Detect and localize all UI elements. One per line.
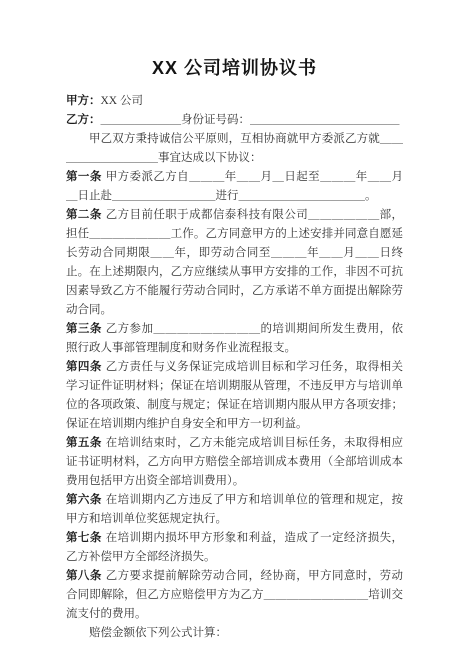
clause-3-label: 第三条 bbox=[66, 323, 102, 335]
clause-1: 第一条甲方委派乙方自＿＿＿年＿＿月＿日起至＿＿＿年＿＿月＿日止赴＿＿＿＿＿＿＿＿… bbox=[66, 168, 403, 206]
clause-2-text: 乙方目前任职于成都信泰科技有限公司＿＿＿＿＿＿部，担任＿＿＿＿＿＿＿工作。乙方同… bbox=[66, 209, 403, 316]
clause-2-label: 第二条 bbox=[66, 209, 102, 221]
clause-2: 第二条乙方目前任职于成都信泰科技有限公司＿＿＿＿＿＿部，担任＿＿＿＿＿＿＿工作。… bbox=[66, 206, 403, 320]
clause-6: 第六条在培训期内乙方违反了甲方和培训单位的管理和规定，按甲方和培训单位奖惩规定执… bbox=[66, 491, 403, 529]
clause-8-text: 乙方要求提前解除劳动合同，经协商，甲方同意时，劳动合同即解除，但乙方应赔偿甲方为… bbox=[66, 570, 403, 620]
document-title: XX 公司培训协议书 bbox=[66, 56, 403, 80]
clause-7-text: 在培训期内损坏甲方形象和利益，造成了一定经济损失，乙方补偿甲方全部经济损失。 bbox=[66, 532, 403, 563]
party-b-value: ＿＿＿＿＿＿＿身份证号码：＿＿＿＿＿＿＿＿＿＿＿＿＿ bbox=[101, 114, 400, 126]
clause-8-label: 第八条 bbox=[66, 570, 102, 582]
clause-7: 第七条在培训期内损坏甲方形象和利益，造成了一定经济损失，乙方补偿甲方全部经济损失… bbox=[66, 529, 403, 567]
party-a-value: XX 公司 bbox=[101, 95, 144, 107]
clause-1-label: 第一条 bbox=[66, 171, 102, 183]
clause-5: 第五条在培训结束时，乙方未能完成培训目标任务，未取得相应证书证明材料，乙方向甲方… bbox=[66, 434, 403, 491]
party-b-row: 乙方：＿＿＿＿＿＿＿身份证号码：＿＿＿＿＿＿＿＿＿＿＿＿＿ bbox=[66, 111, 403, 130]
party-a-row: 甲方：XX 公司 bbox=[66, 92, 403, 111]
party-a-label: 甲方： bbox=[66, 95, 101, 107]
clause-3: 第三条乙方参加＿＿＿＿＿＿＿＿＿的培训期间所发生费用，依照行政人事部管理制度和财… bbox=[66, 320, 403, 358]
preamble-paragraph: 甲乙双方秉持诚信公平原则，互相协商就甲方委派乙方就＿＿＿＿＿＿＿＿＿＿事宜达成以… bbox=[66, 130, 403, 168]
clause-1-text: 甲方委派乙方自＿＿＿年＿＿月＿日起至＿＿＿年＿＿月＿日止赴＿＿＿＿＿＿＿＿＿进行… bbox=[66, 171, 403, 202]
party-b-label: 乙方： bbox=[66, 114, 101, 126]
clause-4-text: 乙方责任与义务保证完成培训目标和学习任务，取得相关学习证件证明材料；保证在培训期… bbox=[66, 361, 403, 430]
clause-4-label: 第四条 bbox=[66, 361, 102, 373]
formula-intro-line: 赔偿金额依下列公式计算： bbox=[66, 624, 403, 643]
document-page: XX 公司培训协议书 甲方：XX 公司 乙方：＿＿＿＿＿＿＿身份证号码：＿＿＿＿… bbox=[0, 0, 463, 655]
clause-4: 第四条乙方责任与义务保证完成培训目标和学习任务，取得相关学习证件证明材料；保证在… bbox=[66, 358, 403, 434]
clause-6-text: 在培训期内乙方违反了甲方和培训单位的管理和规定，按甲方和培训单位奖惩规定执行。 bbox=[66, 494, 403, 525]
clause-8: 第八条乙方要求提前解除劳动合同，经协商，甲方同意时，劳动合同即解除，但乙方应赔偿… bbox=[66, 567, 403, 624]
clause-5-text: 在培训结束时，乙方未能完成培训目标任务，未取得相应证书证明材料，乙方向甲方赔偿全… bbox=[66, 437, 403, 487]
clause-6-label: 第六条 bbox=[66, 494, 102, 506]
clause-7-label: 第七条 bbox=[66, 532, 102, 544]
clause-5-label: 第五条 bbox=[66, 437, 102, 449]
clause-3-text: 乙方参加＿＿＿＿＿＿＿＿＿的培训期间所发生费用，依照行政人事部管理制度和财务作业… bbox=[66, 323, 403, 354]
